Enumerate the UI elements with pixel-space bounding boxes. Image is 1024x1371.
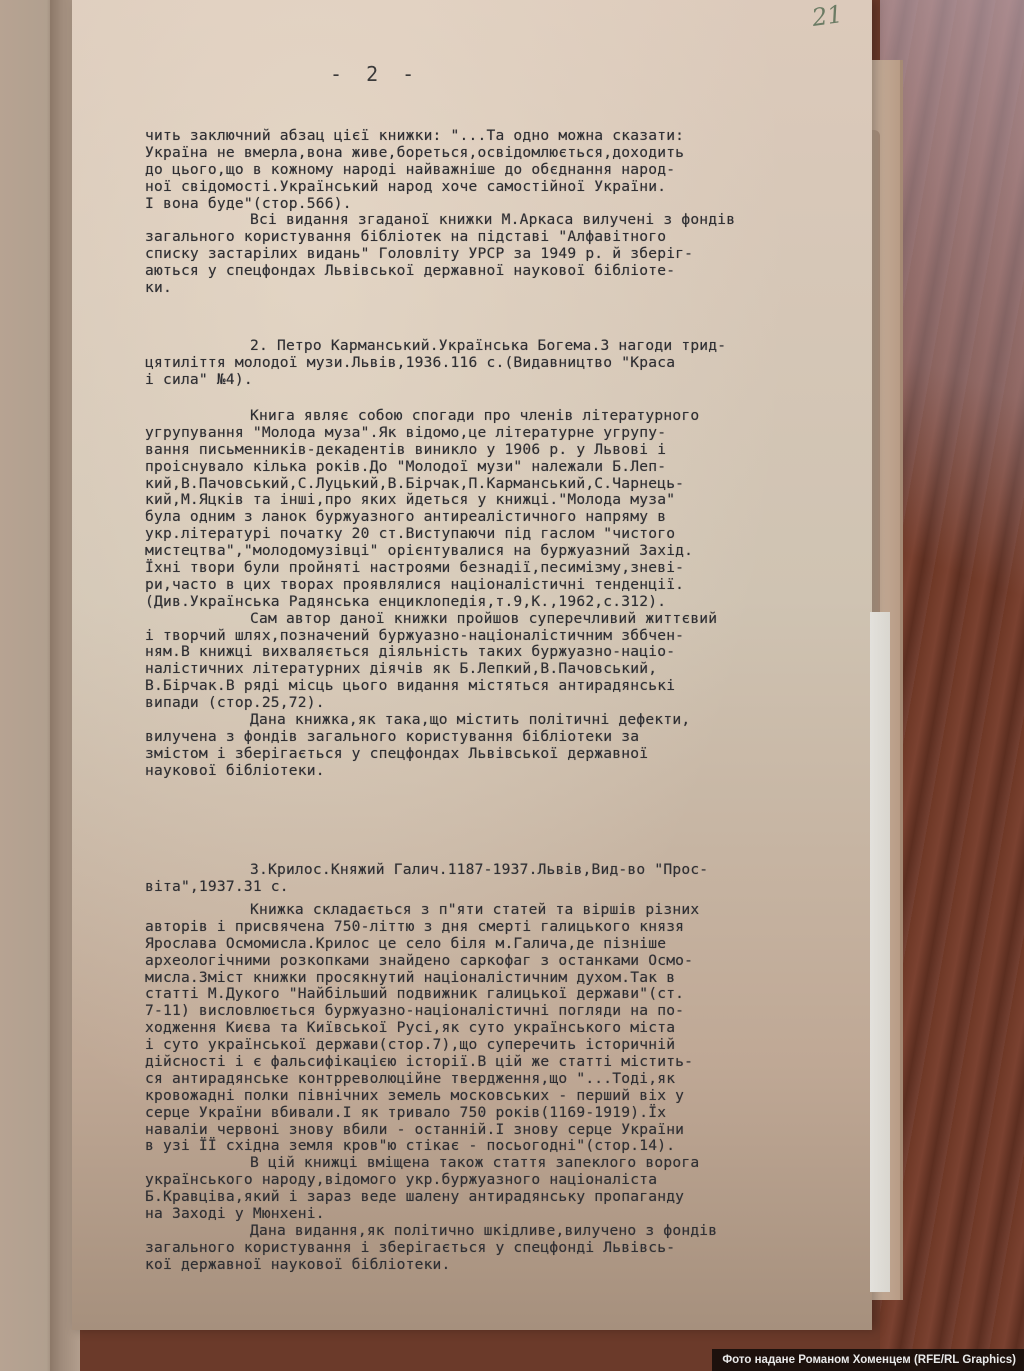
text-block-item-3: 3.Крилос.Княжий Галич.1187-1937.Львів,Ви…: [145, 862, 865, 896]
text-line: в узі ЇЇ східна земля кров"ю стікає - по…: [145, 1138, 865, 1155]
text-line: Б.Кравціва,який і зараз веде шалену анти…: [145, 1189, 865, 1206]
text-line: аються у спецфондах Львівської державної…: [145, 263, 865, 280]
text-line: ки.: [145, 280, 865, 297]
handwritten-folio-number: 21: [810, 0, 844, 32]
text-line: змістом і зберігається у спецфондах Льві…: [145, 746, 865, 763]
text-line: В.Бірчак.В ряді місць цього видання міст…: [145, 678, 865, 695]
text-line: археологічними розкопками знайдено сарко…: [145, 953, 865, 970]
text-block-item-3-body: Книжка складається з п"яти статей та вір…: [145, 902, 865, 1274]
text-line: загального користування бібліотек на під…: [145, 229, 865, 246]
text-line: віта",1937.31 с.: [145, 879, 865, 896]
text-line: і суто української держави(стор.7),що су…: [145, 1037, 865, 1054]
text-line: списку застарілих видань" Головліту УРСР…: [145, 246, 865, 263]
text-line: до цього,що в кожному народі найважніше …: [145, 162, 865, 179]
text-line: вання письменників-декадентів виникло у …: [145, 442, 865, 459]
text-line: серце України вбивали.І як тривало 750 р…: [145, 1105, 865, 1122]
text-line: 7-11) висловлюється буржуазно-націоналіс…: [145, 1003, 865, 1020]
text-line: і творчий шлях,позначений буржуазно-наці…: [145, 628, 865, 645]
text-line: 3.Крилос.Княжий Галич.1187-1937.Львів,Ви…: [145, 862, 865, 879]
text-line: чить заключний абзац цієї книжки: "...Та…: [145, 128, 865, 145]
text-line: на Заході у Мюнхені.: [145, 1206, 865, 1223]
photo-credit-caption: Фото надане Романом Хоменцем (RFE/RL Gra…: [712, 1349, 1024, 1371]
text-line: кровожадні полки північних земель москов…: [145, 1088, 865, 1105]
text-line: загального користування і зберігається у…: [145, 1240, 865, 1257]
text-line: налістичних літературних діячів як Б.Леп…: [145, 661, 865, 678]
text-line: Їхні твори були пройняті настроями безна…: [145, 560, 865, 577]
text-line: І вона буде"(стор.566).: [145, 196, 865, 213]
text-line: угрупування "Молода муза".Як відомо,це л…: [145, 425, 865, 442]
text-line: ходження Києва та Київської Русі,як суто…: [145, 1020, 865, 1037]
text-line: проіснувало кілька років.До "Молодої муз…: [145, 459, 865, 476]
text-line: кий,В.Пачовський,С.Луцький,В.Бірчак,П.Ка…: [145, 476, 865, 493]
text-line: Дана видання,як політично шкідливе,вилуч…: [145, 1223, 865, 1240]
text-line: цятиліття молодої музи.Львів,1936.116 с.…: [145, 355, 865, 372]
text-line: мисла.Зміст книжки просякнутий націоналі…: [145, 970, 865, 987]
text-block-item-2-body: Книга являє собою спогади про членів літ…: [145, 408, 865, 780]
text-line: кої державної наукової бібліотеки.: [145, 1257, 865, 1274]
text-line: українського народу,відомого укр.буржуаз…: [145, 1172, 865, 1189]
text-line: була одним з ланок буржуазного антиреалі…: [145, 509, 865, 526]
text-line: (Див.Українська Радянська енциклопедія,т…: [145, 594, 865, 611]
text-line: Сам автор даної книжки пройшов суперечли…: [145, 611, 865, 628]
text-line: вилучена з фондів загального користуванн…: [145, 729, 865, 746]
text-line: ням.В книжці вихваляється діяльність так…: [145, 644, 865, 661]
text-line: В цій книжці вміщена також стаття запекл…: [145, 1155, 865, 1172]
text-line: Всі видання згаданої книжки М.Аркаса вил…: [145, 212, 865, 229]
text-line: укр.літературі початку 20 ст.Виступаючи …: [145, 526, 865, 543]
text-line: 2. Петро Карманський.Українська Богема.З…: [145, 338, 865, 355]
text-line: Дана книжка,як така,що містить політичні…: [145, 712, 865, 729]
text-line: випади (стор.25,72).: [145, 695, 865, 712]
text-line: дійсності і є фальсифікацією історії.В ц…: [145, 1054, 865, 1071]
text-line: і сила" №4).: [145, 372, 865, 389]
text-line: ної свідомості.Український народ хоче са…: [145, 179, 865, 196]
text-line: кий,М.Яцків та інші,про яких йдеться у к…: [145, 492, 865, 509]
text-line: Ярослава Осмомисла.Крилос це село біля м…: [145, 936, 865, 953]
text-line: ся антирадянське контрреволюційне твердж…: [145, 1071, 865, 1088]
text-line: мистецтва","молодомузівці" орієнтувалися…: [145, 543, 865, 560]
text-line: авторів і присвячена 750-літтю з дня сме…: [145, 919, 865, 936]
text-block-continuation: чить заключний абзац цієї книжки: "...Та…: [145, 128, 865, 297]
text-line: ри,часто в цих творах проявлялися націон…: [145, 577, 865, 594]
page-number: - 2 -: [330, 62, 420, 86]
text-line: Книжка складається з п"яти статей та вір…: [145, 902, 865, 919]
text-line: статті М.Дукого "Найбільший подвижник га…: [145, 986, 865, 1003]
text-line: наваліи червоні знову вбили - останній.І…: [145, 1122, 865, 1139]
text-line: Книга являє собою спогади про членів літ…: [145, 408, 865, 425]
text-line: наукової бібліотеки.: [145, 763, 865, 780]
pasted-slip-edge: [870, 612, 890, 1292]
text-line: Україна не вмерла,вона живе,бореться,осв…: [145, 145, 865, 162]
text-block-item-2: 2. Петро Карманський.Українська Богема.З…: [145, 338, 865, 389]
